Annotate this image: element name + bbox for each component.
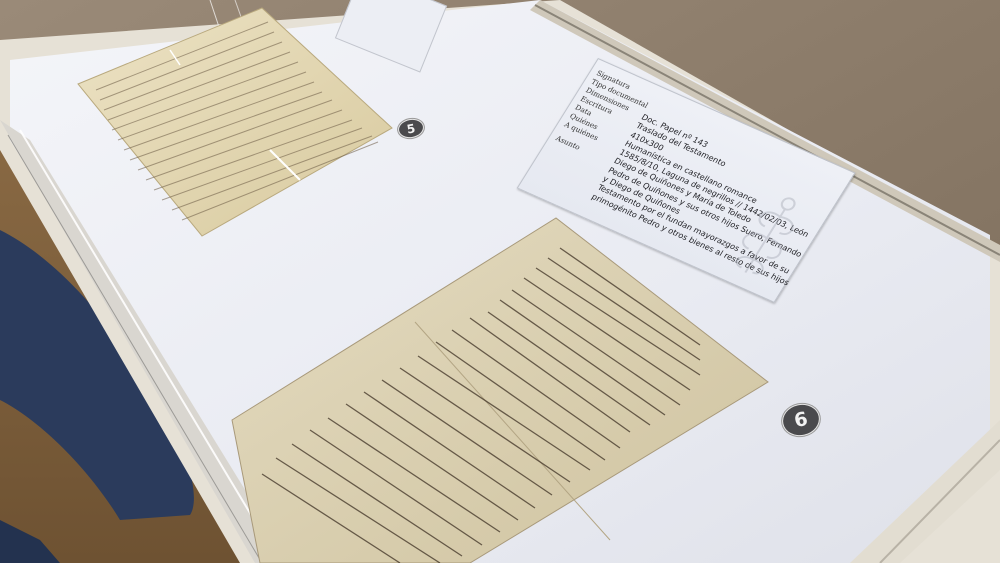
marker-number: 5 (406, 121, 417, 136)
marker-number: 6 (792, 408, 810, 432)
display-case-scene: 5 6 Signatura Tipo documental Dimensione… (0, 0, 1000, 563)
scene-background (0, 0, 1000, 563)
